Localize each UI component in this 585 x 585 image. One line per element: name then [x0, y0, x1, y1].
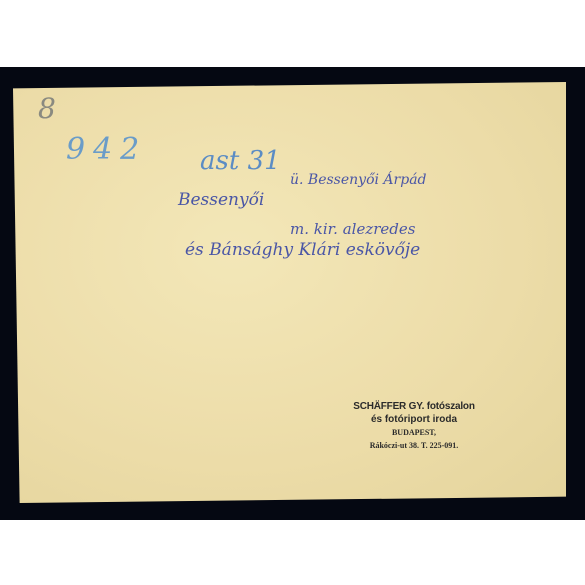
- stamp-address: Rákóczi-ut 38. T. 225-091.: [344, 439, 484, 452]
- blue-number-right: ast 31: [200, 146, 281, 176]
- caption-line-1: Bessenyői: [178, 190, 264, 210]
- stamp-studio-name: SCHÄFFER GY. fotószalon: [344, 400, 484, 413]
- blue-number-left: 942: [66, 132, 147, 167]
- blue-number-31: 31: [248, 146, 281, 176]
- caption-line-2: m. kir. alezredes: [290, 220, 415, 238]
- stamp-subtitle: és fotóriport iroda: [344, 413, 484, 426]
- stamp-city: BUDAPEST,: [344, 426, 484, 439]
- blue-scribble: ast: [200, 146, 239, 176]
- studio-stamp: SCHÄFFER GY. fotószalon és fotóriport ir…: [344, 400, 484, 452]
- caption-line-3: és Bánsághy Klári eskövője: [185, 240, 420, 260]
- caption-line-0: ü. Bessenyői Árpád: [290, 172, 427, 188]
- pencil-number: 8: [38, 92, 56, 125]
